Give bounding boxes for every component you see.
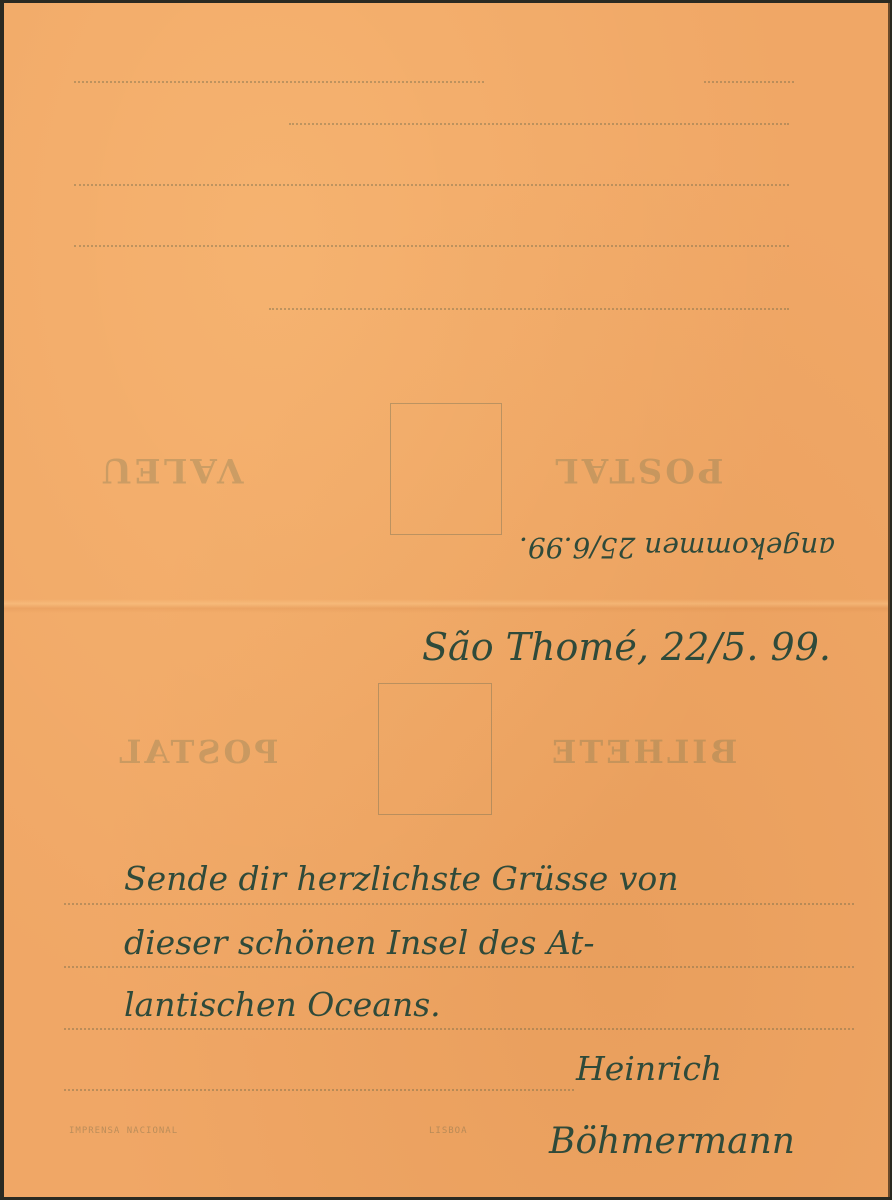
arrival-note: angekommen 25/6.99. <box>519 531 835 564</box>
message-line-1: Sende dir herzlichste Grüsse von <box>124 859 679 898</box>
signature: Böhmermann <box>549 1121 795 1162</box>
address-line <box>74 81 484 83</box>
message-line-3: lantischen Oceans. <box>124 985 441 1024</box>
closing: Heinrich <box>576 1049 722 1088</box>
address-line <box>74 184 789 186</box>
address-line <box>269 308 789 310</box>
place-date: São Thomé, 22/5. 99. <box>422 625 831 669</box>
stamp-box <box>378 683 492 815</box>
mirrored-print-left: POSTAL <box>116 733 278 771</box>
address-line <box>289 123 789 125</box>
fold-line <box>4 599 888 613</box>
printer-mark-right: LISBOA <box>429 1126 468 1136</box>
address-line <box>704 81 794 83</box>
mirrored-print-right: BILHETE <box>549 733 737 771</box>
postcard: VALEU POSTAL angekommen 25/6.99. São Tho… <box>4 3 890 1197</box>
mirrored-print-right: POSTAL <box>552 450 723 490</box>
message-rule <box>64 903 854 905</box>
message-line-2: dieser schönen Insel des At- <box>124 923 595 962</box>
message-rule <box>64 966 854 968</box>
stamp-box <box>390 403 502 535</box>
message-rule <box>64 1028 854 1030</box>
message-rule <box>64 1089 574 1091</box>
mirrored-print-left: VALEU <box>99 450 244 490</box>
printer-mark-left: IMPRENSA NACIONAL <box>69 1126 178 1136</box>
address-line <box>74 245 789 247</box>
